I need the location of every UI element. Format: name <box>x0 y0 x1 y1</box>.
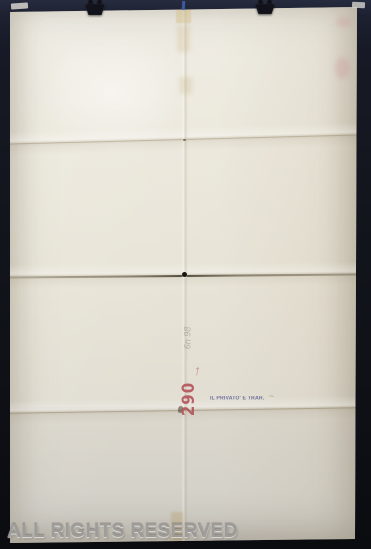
red-smudge-upper <box>336 17 352 27</box>
poster-back-paper: 6n 98 ↑ 290 IL PRIVATO' E TRAR. ~ <box>10 7 357 543</box>
binder-clip-left-shape <box>82 0 108 16</box>
watermark-text: ALL RIGHTS RESERVED <box>7 521 238 543</box>
pencil-note-text: 6n 98 <box>182 327 192 350</box>
binder-clip-icon <box>82 0 108 21</box>
binder-clip-icon <box>251 0 279 20</box>
tape-stain-spot <box>180 77 192 94</box>
red-arrow-mark: ↑ <box>193 362 202 379</box>
pencil-note: 6n 98 <box>178 319 196 357</box>
blue-ink-tick <box>182 1 186 10</box>
distributor-stamp: IL PRIVATO' E TRAR. <box>210 396 256 403</box>
inventory-number-text: 290 <box>178 382 198 416</box>
binder-clip-right-shape <box>251 0 279 15</box>
photo-backdrop: 6n 98 ↑ 290 IL PRIVATO' E TRAR. ~ ALL RI… <box>0 0 371 549</box>
center-pinhole <box>182 272 187 277</box>
red-smudge-lower <box>335 57 350 79</box>
paper-corner-left <box>11 2 28 9</box>
pencil-tick-mark: ~ <box>269 391 274 401</box>
tape-stain-upper <box>177 25 190 52</box>
paper-corner-right <box>352 2 365 9</box>
inventory-number-stamp: 290 <box>175 381 201 417</box>
top-pinhole <box>183 139 186 141</box>
